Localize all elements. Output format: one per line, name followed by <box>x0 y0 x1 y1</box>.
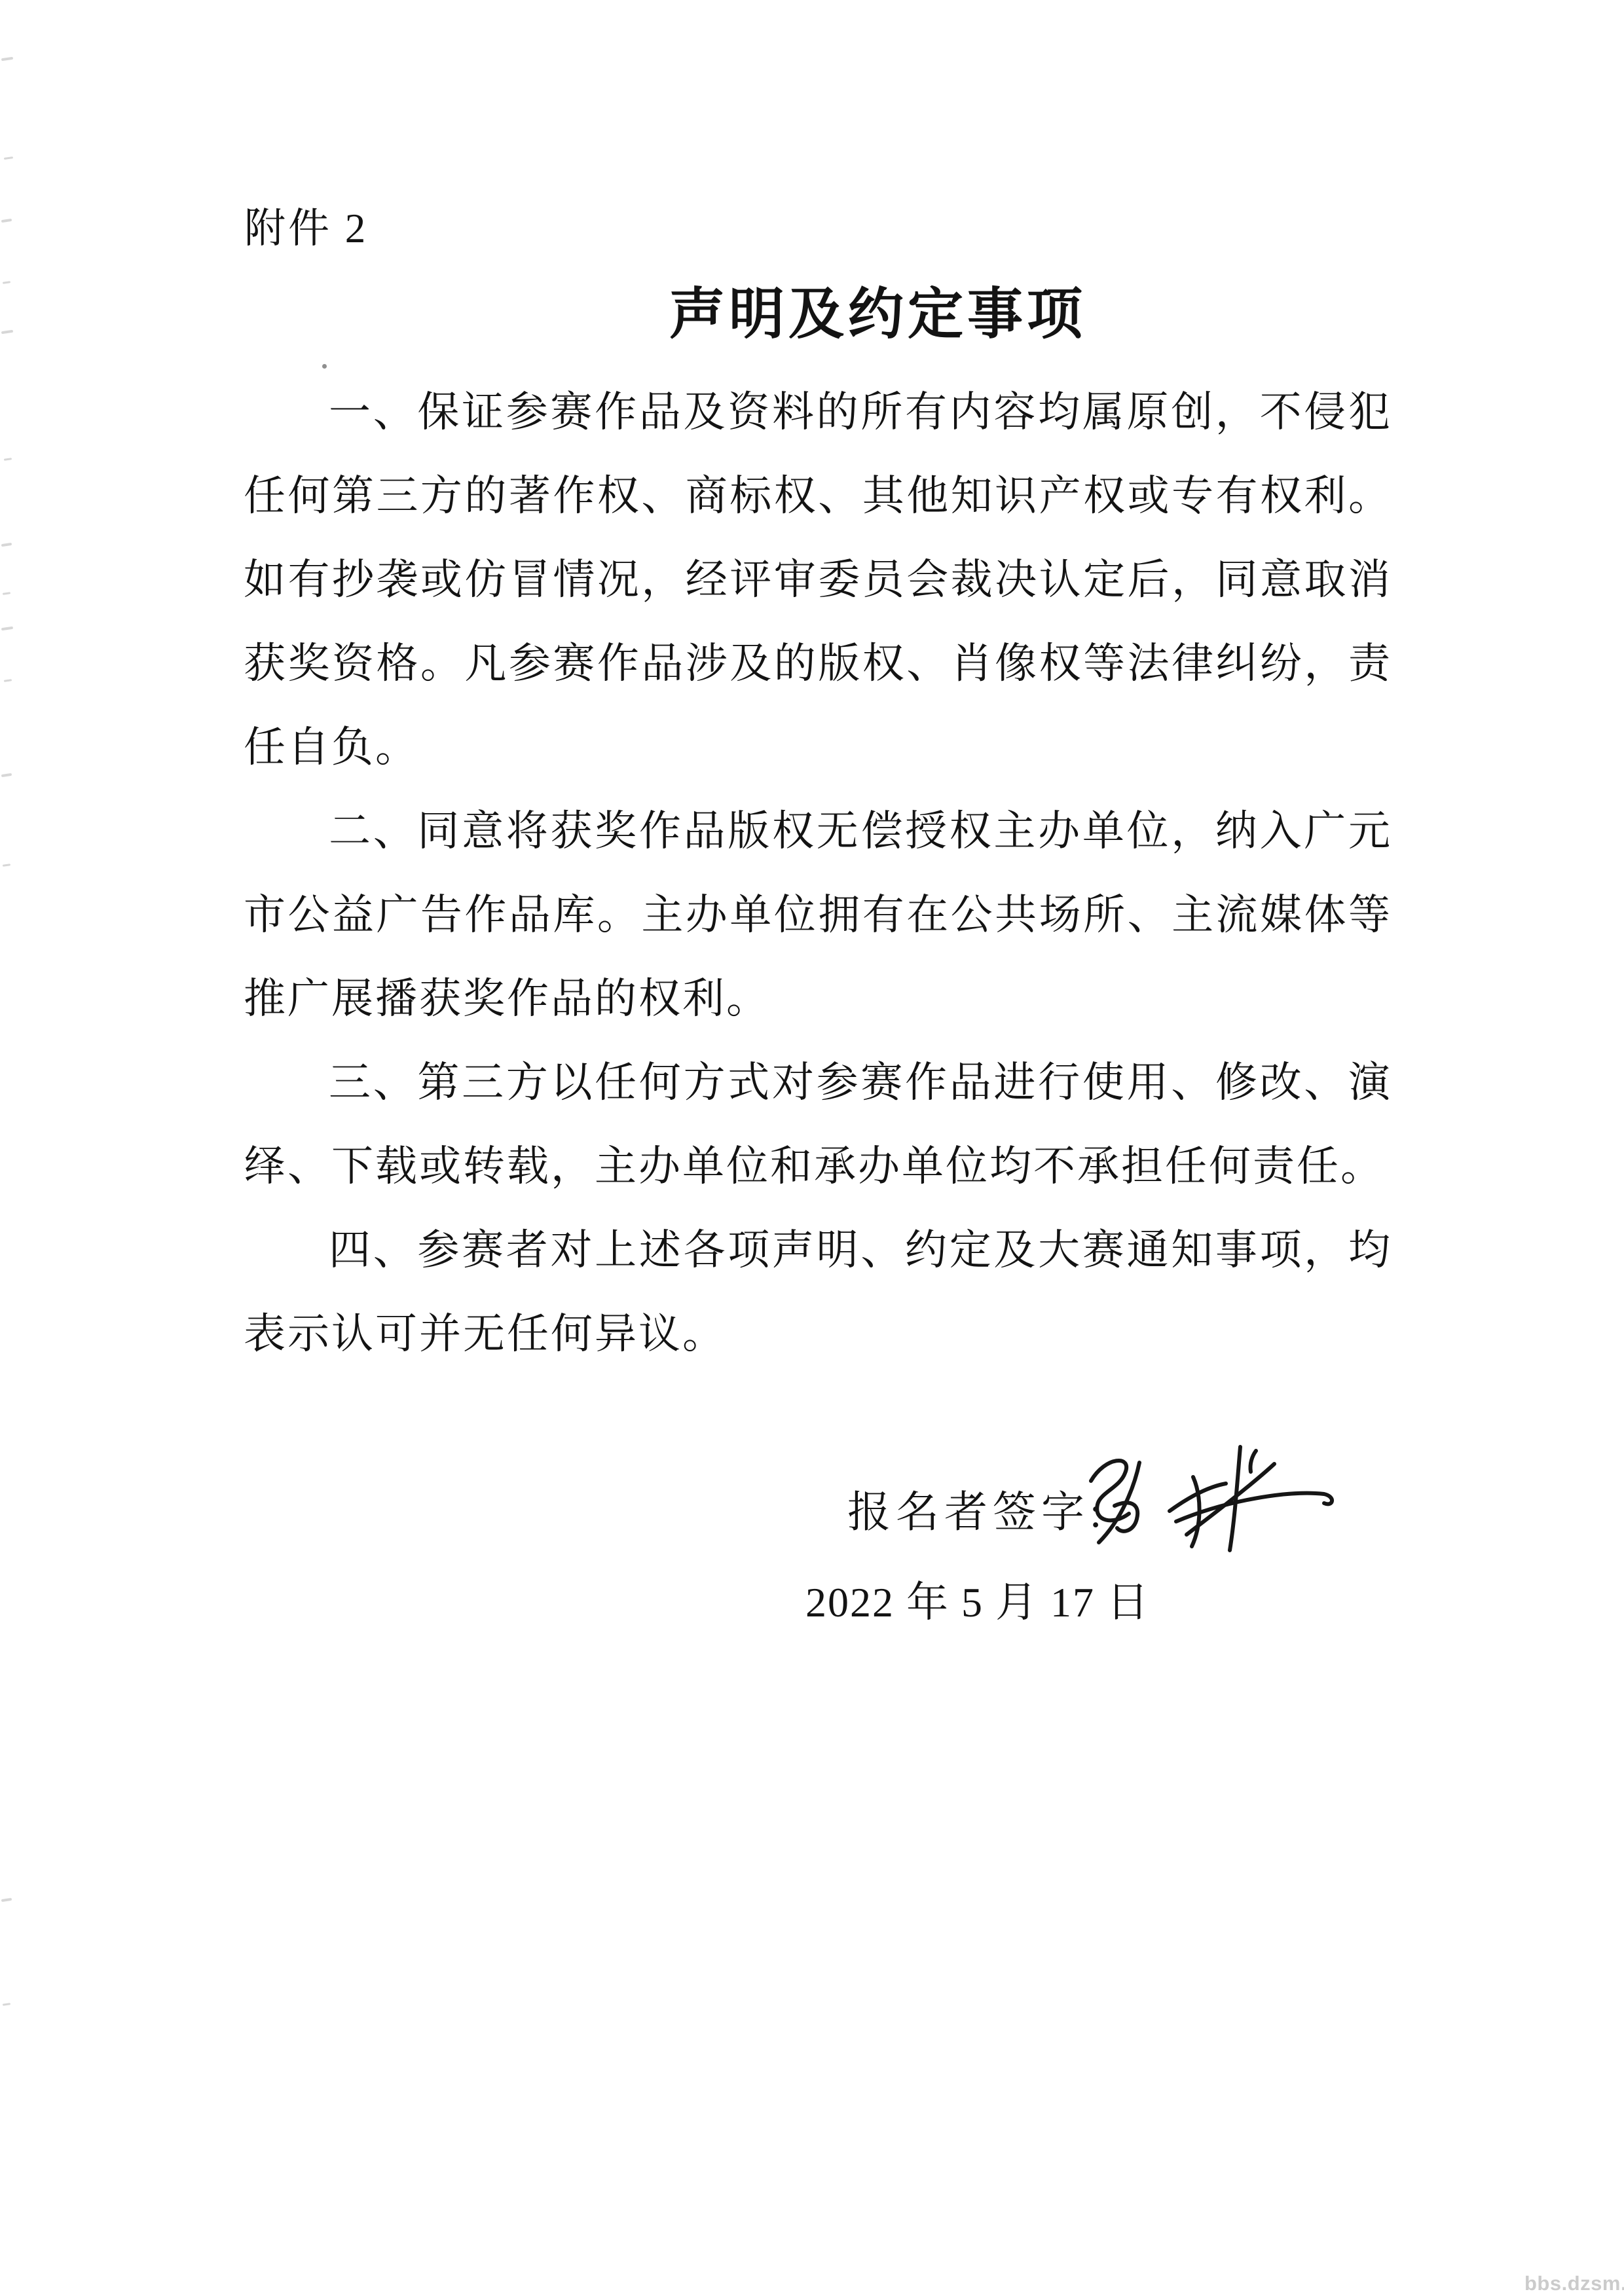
scan-speck <box>1 543 12 547</box>
document-body: 一、保证参赛作品及资料的所有内容均属原创，不侵犯任何第三方的著作权、商标权、其他… <box>244 371 1391 1376</box>
body-line: 获奖资格。凡参赛作品涉及的版权、肖像权等法律纠纷，责 <box>244 622 1391 706</box>
body-line: 绎、下载或转载，主办单位和承办单位均不承担任何责任。 <box>244 1125 1391 1209</box>
scan-speck <box>3 592 10 595</box>
handwritten-signature <box>1071 1438 1340 1559</box>
body-line: 如有抄袭或仿冒情况，经评审委员会裁决认定后，同意取消 <box>244 538 1391 622</box>
scan-speck <box>1 330 13 334</box>
paragraph: 三、第三方以任何方式对参赛作品进行使用、修改、演绎、下载或转载，主办单位和承办单… <box>244 1041 1391 1209</box>
scan-speck <box>3 864 10 867</box>
body-line: 一、保证参赛作品及资料的所有内容均属原创，不侵犯 <box>244 371 1391 454</box>
scan-speck <box>3 281 10 284</box>
scan-speck <box>3 2003 10 2006</box>
body-line: 表示认可并无任何异议。 <box>244 1292 1391 1376</box>
body-line: 任何第三方的著作权、商标权、其他知识产权或专有权利。 <box>244 454 1391 538</box>
scan-dot-artifact <box>322 364 327 369</box>
body-line: 推广展播获奖作品的权利。 <box>244 957 1391 1041</box>
body-line: 二、同意将获奖作品版权无偿授权主办单位，纳入广元 <box>244 790 1391 873</box>
paragraph: 一、保证参赛作品及资料的所有内容均属原创，不侵犯任何第三方的著作权、商标权、其他… <box>244 371 1391 790</box>
paragraph: 二、同意将获奖作品版权无偿授权主办单位，纳入广元市公益广告作品库。主办单位拥有在… <box>244 790 1391 1041</box>
scan-speck <box>4 156 13 160</box>
scan-speck <box>1 773 12 777</box>
scanned-document-page: 附件 2 声明及约定事项 一、保证参赛作品及资料的所有内容均属原创，不侵犯任何第… <box>0 0 1624 2296</box>
scan-speck <box>1 1898 12 1902</box>
signature-date: 2022 年 5 月 17 日 <box>805 1569 1150 1629</box>
scan-speck <box>4 458 12 461</box>
scan-speck <box>1 57 13 61</box>
signature-label: 报名者签字: <box>847 1477 1107 1539</box>
body-line: 市公益广告作品库。主办单位拥有在公共场所、主流媒体等 <box>244 873 1391 957</box>
document-title: 声明及约定事项 <box>669 270 1086 350</box>
paragraph: 四、参赛者对上述各项声明、约定及大赛通知事项，均表示认可并无任何异议。 <box>244 1209 1391 1376</box>
body-line: 三、第三方以任何方式对参赛作品进行使用、修改、演 <box>244 1041 1391 1125</box>
scan-speck <box>4 679 12 682</box>
body-line: 任自负。 <box>244 706 1391 790</box>
scan-speck <box>1 219 12 223</box>
body-line: 四、参赛者对上述各项声明、约定及大赛通知事项，均 <box>244 1209 1391 1292</box>
attachment-label: 附件 2 <box>244 195 368 255</box>
watermark-text: bbs.dzsm.com <box>1524 2272 1624 2295</box>
scan-speck <box>1 627 13 630</box>
